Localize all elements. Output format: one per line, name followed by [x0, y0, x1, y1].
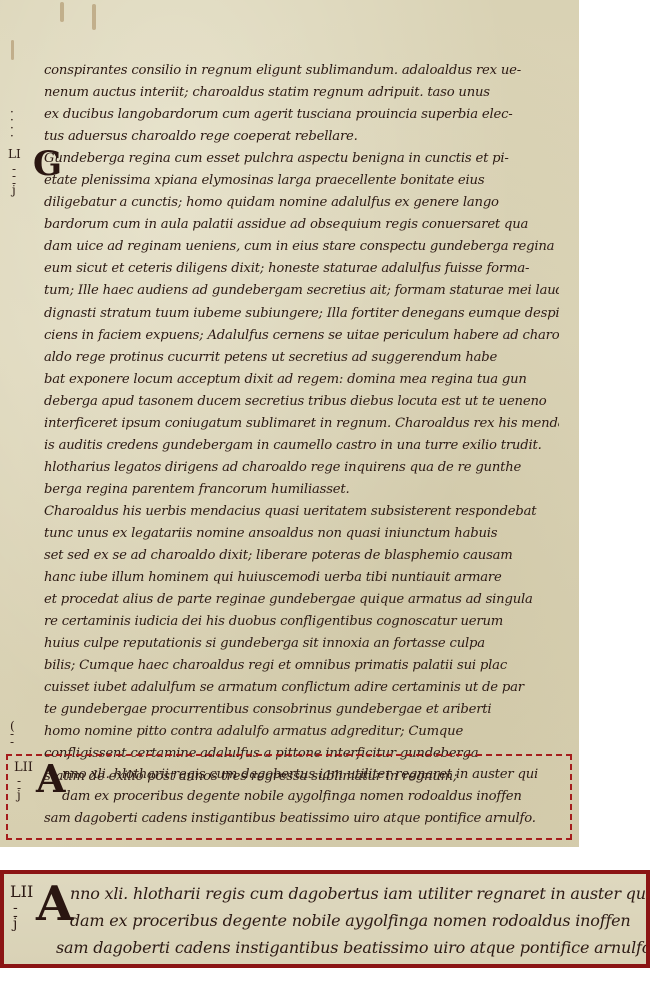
text-line: Gundeberga regina cum esset pulchra aspe…: [44, 148, 559, 170]
text-line: dignasti stratum tuum iubeme subiungere;…: [44, 303, 559, 325]
margin-numeral-li: LI: [8, 147, 21, 161]
text-line: tunc unus ex legatariis nomine ansoaldus…: [44, 523, 559, 545]
text-line: tus aduersus charoaldo rege coeperat reb…: [44, 126, 559, 148]
text-line: nno xli. hlotharii regis cum dagobertus …: [70, 880, 646, 907]
text-line: ciens in faciem expuens; Adalulfus cerne…: [44, 325, 559, 347]
margin-dashes: ····: [10, 108, 14, 140]
text-line: dam ex proceribus degente nobile aygolfi…: [70, 907, 646, 934]
text-line: sam dagoberti cadens instigantibus beati…: [56, 934, 646, 961]
text-line: interficeret ipsum coniugatum sublimaret…: [44, 413, 559, 435]
text-line: te gundebergae procurrentibus consobrinu…: [44, 699, 559, 721]
text-line: hanc iube illum hominem qui huiuscemodi …: [44, 567, 559, 589]
parchment-stain: [92, 4, 96, 30]
text-line: nenum auctus interiit; charoaldus statim…: [44, 82, 559, 104]
text-line: hlotharius legatos dirigens ad charoaldo…: [44, 457, 559, 479]
text-line: set sed ex se ad charoaldo dixit; libera…: [44, 545, 559, 567]
margin-dashes: ---j: [12, 166, 16, 194]
text-line: deberga apud tasonem ducem secretius tri…: [44, 391, 559, 413]
text-line: etate plenissima xpiana elymosinas larga…: [44, 170, 559, 192]
text-line: Charoaldus his uerbis mendacius quasi ue…: [44, 501, 559, 523]
text-line: tum; Ille haec audiens ad gundebergam se…: [44, 280, 559, 302]
text-line: aldo rege protinus cucurrit petens ut se…: [44, 347, 559, 369]
text-line: diligebatur a cunctis; homo quidam nomin…: [44, 192, 559, 214]
text-line: cuisset iubet adalulfum se armatum confl…: [44, 677, 559, 699]
text-line: ex ducibus langobardorum cum agerit tusc…: [44, 104, 559, 126]
text-line: bardorum cum in aula palatii assidue ad …: [44, 214, 559, 236]
parchment-stain: [60, 2, 64, 22]
text-line: et procedat alius de parte reginae gunde…: [44, 589, 559, 611]
text-line: bilis; Cumque haec charoaldus regi et om…: [44, 655, 559, 677]
zoomed-inset: LII --j A nno xli. hlotharii regis cum d…: [0, 870, 650, 968]
text-line: huius culpe reputationis si gundeberga s…: [44, 633, 559, 655]
margin-dashes: (--: [10, 722, 15, 746]
margin-dashes: --j: [13, 904, 18, 928]
text-line: re certaminis iudicia dei his duobus con…: [44, 611, 559, 633]
text-line: is auditis credens gundebergam in caumel…: [44, 435, 559, 457]
margin-numeral-lii: LII: [10, 882, 33, 901]
highlight-dashed-box: [6, 754, 572, 840]
text-line: bat exponere locum acceptum dixit ad reg…: [44, 369, 559, 391]
inset-text: nno xli. hlotharii regis cum dagobertus …: [56, 880, 646, 961]
parchment-stain: [11, 40, 14, 60]
manuscript-text: conspirantes consilio in regnum eligunt …: [44, 60, 559, 788]
text-line: homo nomine pitto contra adalulfo armatu…: [44, 721, 559, 743]
text-line: berga regina parentem francorum humilias…: [44, 479, 559, 501]
text-line: dam uice ad reginam ueniens, cum in eius…: [44, 236, 559, 258]
manuscript-page: ···· LI ---j G conspirantes consilio in …: [0, 0, 579, 847]
text-line: eum sicut et ceteris diligens dixit; hon…: [44, 258, 559, 280]
text-line: conspirantes consilio in regnum eligunt …: [44, 60, 559, 82]
